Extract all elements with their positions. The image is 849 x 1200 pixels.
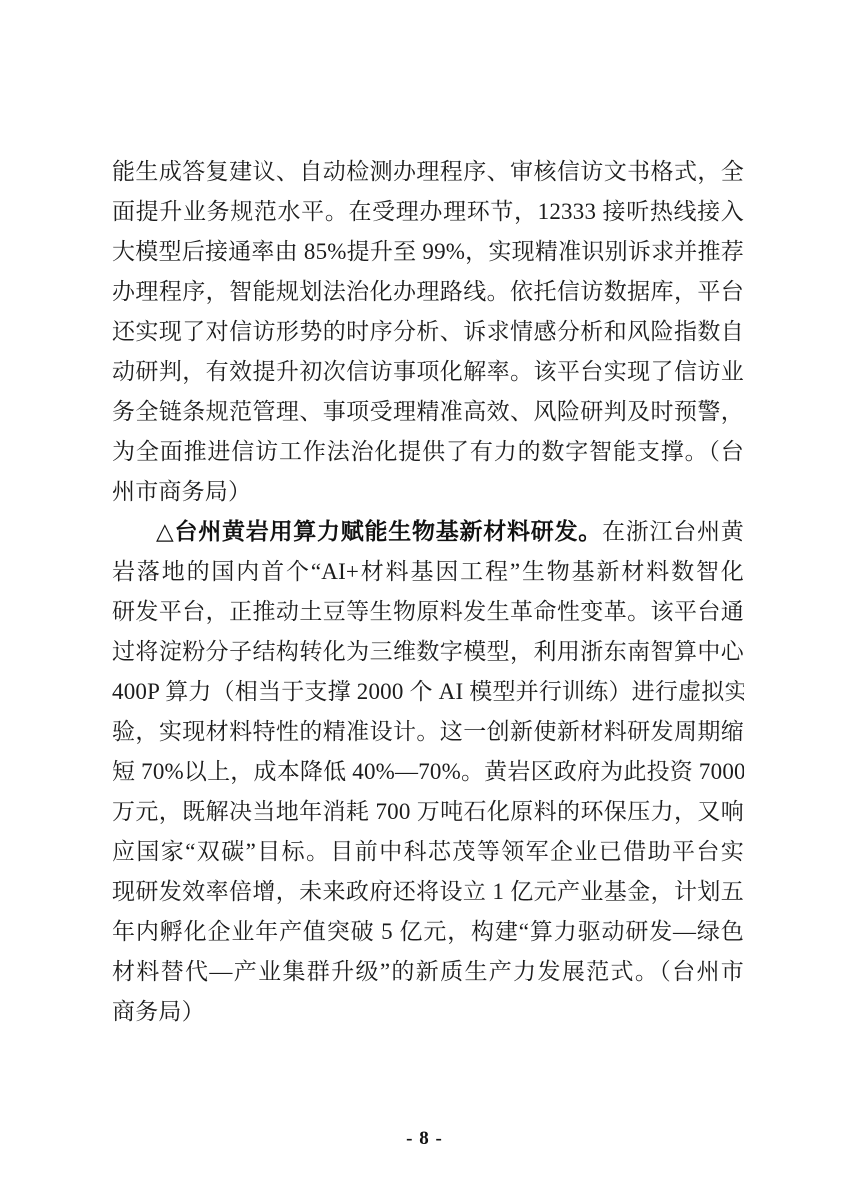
bold-text-segment: △台州黄岩用算力赋能生物基新材料研发。	[156, 519, 602, 544]
text-line: 面提升业务规范水平。在受理办理环节，12333 接听热线接入	[112, 192, 744, 232]
text-line: 岩落地的国内首个“AI+材料基因工程”生物基新材料数智化	[112, 552, 744, 592]
text-segment: 大模型后接通率由 85%提升至 99%，实现精准识别诉求并推荐	[112, 239, 744, 264]
text-segment: 短 70%以上，成本降低 40%—70%。黄岩区政府为此投资 7000	[112, 759, 744, 784]
page-footer: - 8 -	[0, 1128, 849, 1150]
text-line: 万元，既解决当地年消耗 700 万吨石化原料的环保压力，又响	[112, 792, 744, 832]
text-line: 大模型后接通率由 85%提升至 99%，实现精准识别诉求并推荐	[112, 232, 744, 272]
text-line: 应国家“双碳”目标。目前中科芯茂等领军企业已借助平台实	[112, 832, 744, 872]
text-line: 400P 算力（相当于支撑 2000 个 AI 模型并行训练）进行虚拟实	[112, 672, 744, 712]
text-line: 过将淀粉分子结构转化为三维数字模型，利用浙东南智算中心	[112, 632, 744, 672]
text-segment: 面提升业务规范水平。在受理办理环节，12333 接听热线接入	[112, 199, 744, 224]
page-number: - 8 -	[406, 1128, 443, 1149]
text-line: 州市商务局）	[112, 472, 744, 512]
text-line: 动研判，有效提升初次信访事项化解率。该平台实现了信访业	[112, 352, 744, 392]
text-segment: 过将淀粉分子结构转化为三维数字模型，利用浙东南智算中心	[112, 639, 744, 664]
text-line: 为全面推进信访工作法治化提供了有力的数字智能支撑。（台	[112, 432, 744, 472]
text-segment: 材料替代—产业集群升级”的新质生产力发展范式。（台州市	[112, 959, 744, 984]
text-line: 能生成答复建议、自动检测办理程序、审核信访文书格式，全	[112, 152, 744, 192]
paragraph-huangyan-biomaterials: △台州黄岩用算力赋能生物基新材料研发。在浙江台州黄岩落地的国内首个“AI+材料基…	[112, 512, 744, 1032]
text-line: 年内孵化企业年产值突破 5 亿元，构建“算力驱动研发—绿色	[112, 912, 744, 952]
text-segment: 研发平台，正推动土豆等生物原料发生革命性变革。该平台通	[112, 599, 744, 624]
text-segment: 为全面推进信访工作法治化提供了有力的数字智能支撑。（台	[112, 439, 744, 464]
text-line: 办理程序，智能规划法治化办理路线。依托信访数据库，平台	[112, 272, 744, 312]
text-line: 商务局）	[112, 992, 744, 1032]
text-line: 验，实现材料特性的精准设计。这一创新使新材料研发周期缩	[112, 712, 744, 752]
text-segment: 万元，既解决当地年消耗 700 万吨石化原料的环保压力，又响	[112, 799, 744, 824]
text-segment: 能生成答复建议、自动检测办理程序、审核信访文书格式，全	[112, 159, 744, 184]
text-segment: 验，实现材料特性的精准设计。这一创新使新材料研发周期缩	[112, 719, 744, 744]
text-segment: 务全链条规范管理、事项受理精准高效、风险研判及时预警，	[112, 399, 744, 424]
text-segment: 还实现了对信访形势的时序分析、诉求情感分析和风险指数自	[112, 319, 744, 344]
text-segment: 州市商务局）	[112, 479, 251, 504]
text-segment: 岩落地的国内首个“AI+材料基因工程”生物基新材料数智化	[112, 559, 744, 584]
document-page: 能生成答复建议、自动检测办理程序、审核信访文书格式，全面提升业务规范水平。在受理…	[0, 0, 849, 1200]
document-body: 能生成答复建议、自动检测办理程序、审核信访文书格式，全面提升业务规范水平。在受理…	[112, 152, 744, 1032]
text-line: 现研发效率倍增，未来政府还将设立 1 亿元产业基金，计划五	[112, 872, 744, 912]
text-segment: 办理程序，智能规划法治化办理路线。依托信访数据库，平台	[112, 279, 744, 304]
text-line: 短 70%以上，成本降低 40%—70%。黄岩区政府为此投资 7000	[112, 752, 744, 792]
text-segment: 400P 算力（相当于支撑 2000 个 AI 模型并行训练）进行虚拟实	[112, 679, 744, 704]
text-line: 研发平台，正推动土豆等生物原料发生革命性变革。该平台通	[112, 592, 744, 632]
text-segment: 应国家“双碳”目标。目前中科芯茂等领军企业已借助平台实	[112, 839, 744, 864]
text-segment: 在浙江台州黄	[602, 519, 744, 544]
paragraph-xinfang-platform: 能生成答复建议、自动检测办理程序、审核信访文书格式，全面提升业务规范水平。在受理…	[112, 152, 744, 512]
text-line: 还实现了对信访形势的时序分析、诉求情感分析和风险指数自	[112, 312, 744, 352]
text-line: △台州黄岩用算力赋能生物基新材料研发。在浙江台州黄	[112, 512, 744, 552]
text-segment: 商务局）	[112, 999, 205, 1024]
text-segment: 动研判，有效提升初次信访事项化解率。该平台实现了信访业	[112, 359, 744, 384]
text-segment: 现研发效率倍增，未来政府还将设立 1 亿元产业基金，计划五	[112, 879, 744, 904]
text-line: 材料替代—产业集群升级”的新质生产力发展范式。（台州市	[112, 952, 744, 992]
text-segment: 年内孵化企业年产值突破 5 亿元，构建“算力驱动研发—绿色	[112, 919, 744, 944]
text-line: 务全链条规范管理、事项受理精准高效、风险研判及时预警，	[112, 392, 744, 432]
